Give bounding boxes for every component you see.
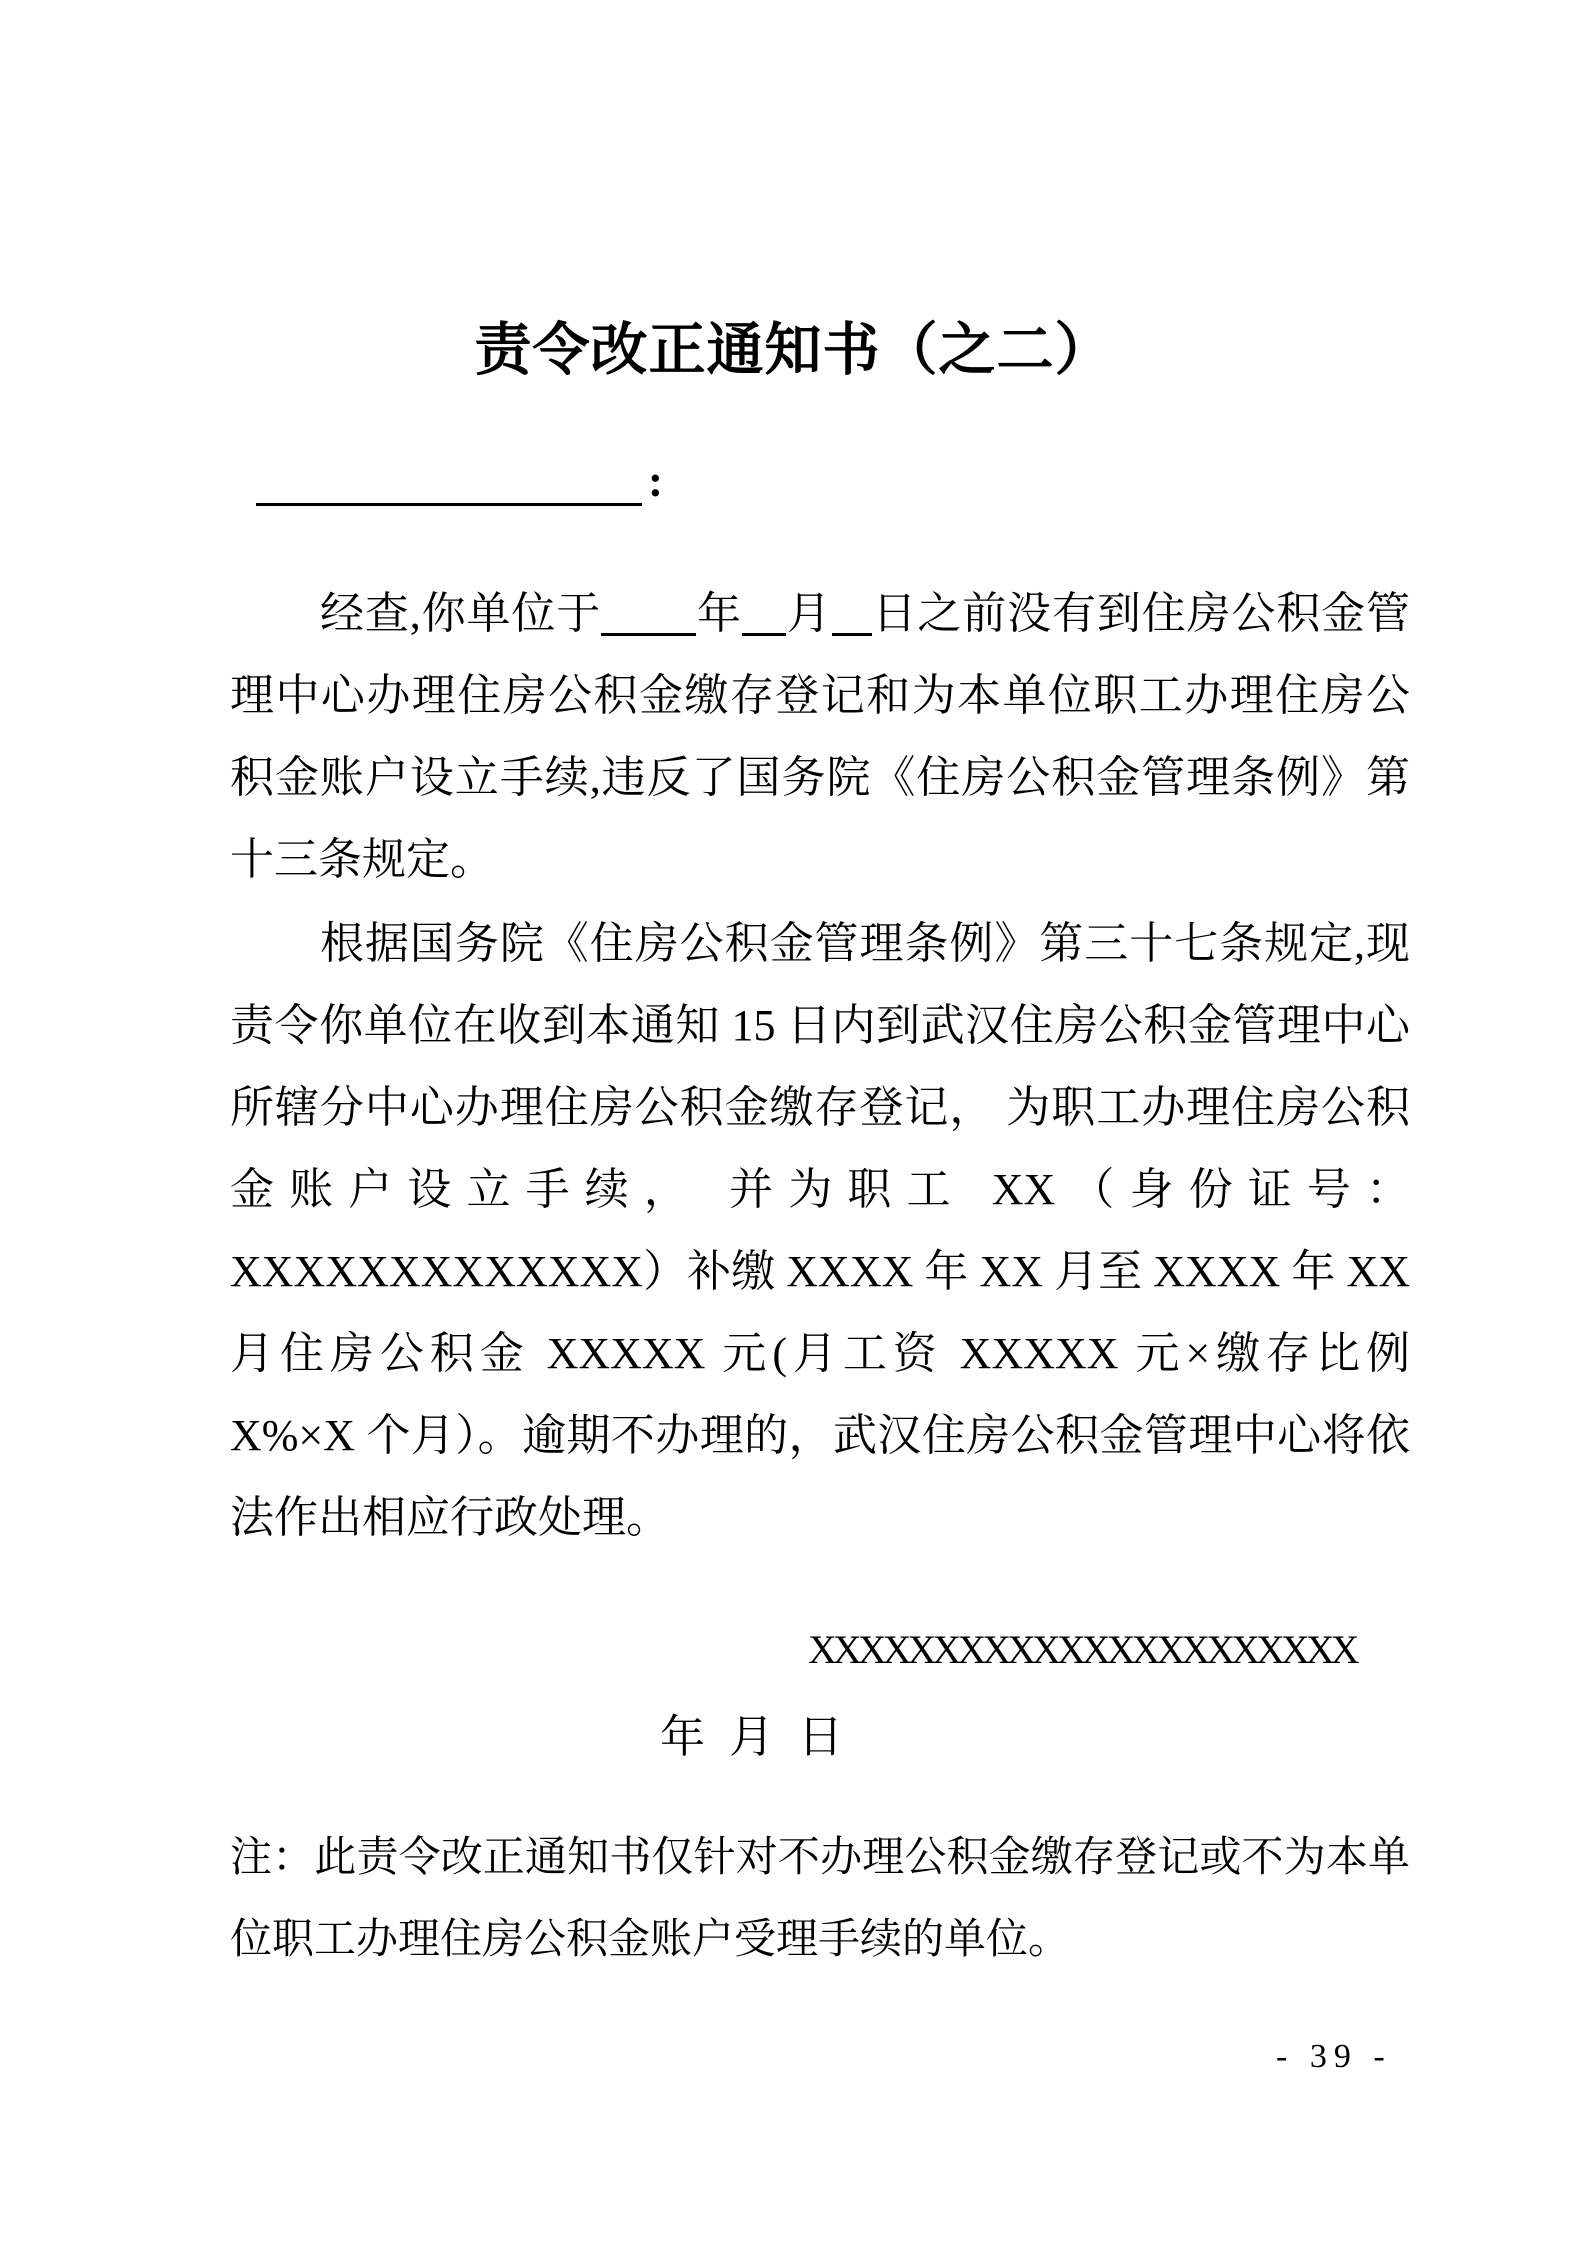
year-blank-field — [601, 632, 696, 636]
date-day-label: 日 — [798, 1700, 843, 1765]
page-number: - 39 - — [1276, 2038, 1392, 2076]
issuer-placeholder: XXXXXXXXXXXXXXXXXXXXXX — [808, 1626, 1356, 1673]
date-line: 年 月 日 — [660, 1700, 843, 1765]
day-blank-field — [832, 632, 872, 636]
month-blank-field — [742, 632, 786, 636]
paragraph-order: 根据国务院《住房公积金管理条例》第三十七条规定,现责令你单位在收到本通知 15 … — [230, 903, 1410, 1559]
year-label: 年 — [696, 589, 742, 638]
month-label: 月 — [786, 589, 832, 638]
para1-lead: 经查,你单位于 — [320, 589, 601, 638]
recipient-blank-field — [256, 502, 642, 506]
footnote: 注：此责令改正通知书仅针对不办理公积金缴存登记或不为本单位职工办理住房公积金账户… — [230, 1817, 1410, 1981]
date-year-label: 年 — [660, 1700, 705, 1765]
recipient-line: : — [256, 450, 663, 512]
day-label: 日 — [872, 589, 918, 638]
salutation-colon: : — [642, 456, 663, 506]
paragraph-violation: 经查,你单位于年月日之前没有到住房公积金管理中心办理住房公积金缴存登记和为本单位… — [230, 573, 1410, 901]
document-title: 责令改正通知书（之二） — [0, 304, 1587, 386]
notice-page: 责令改正通知书（之二） : 经查,你单位于年月日之前没有到住房公积金管理中心办理… — [0, 0, 1587, 2245]
date-month-label: 月 — [729, 1700, 774, 1765]
